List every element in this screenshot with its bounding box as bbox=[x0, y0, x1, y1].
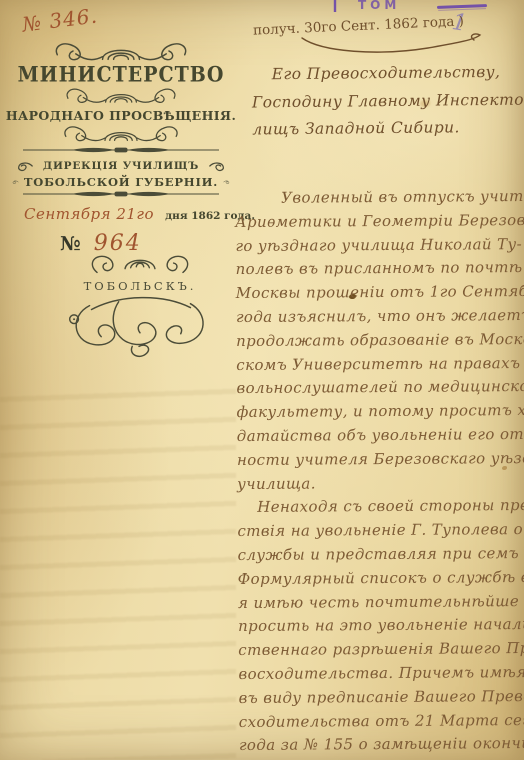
flourish-ornament-icon bbox=[51, 86, 191, 106]
body-line: Ненаходя съ своей стороны препят- bbox=[237, 494, 524, 520]
address-block: Его Превосходительству, Господину Главно… bbox=[252, 59, 524, 144]
document-page: № 346. ТОМ 1 получ. 30го Сент. 1862 года… bbox=[0, 0, 524, 760]
ministry-title: МИНИСТЕРСТВО bbox=[18, 63, 225, 88]
curl-left-icon bbox=[16, 160, 34, 172]
body-line: факультету, и потому проситъ хо- bbox=[237, 399, 524, 425]
flourish-underline-icon bbox=[298, 30, 488, 56]
body-line: вольнослушателей по медицинскому bbox=[236, 375, 524, 401]
stamp-text: ТОМ bbox=[358, 0, 400, 12]
ornamental-rule-icon bbox=[20, 189, 222, 199]
body-line: Ариѳметики и Геометріи Березовска- bbox=[235, 209, 524, 235]
letterhead: МИНИСТЕРСТВО НАРОДНАГО ПРОСВѢЩЕНІЯ. bbox=[12, 40, 230, 199]
flourish-ornament-icon bbox=[46, 40, 196, 64]
body-line: службы и представляя при семъ bbox=[238, 542, 524, 568]
direction-title: ДИРЕКЦІЯ УЧИЛИЩЪ bbox=[43, 160, 199, 172]
curl-right-icon bbox=[223, 176, 230, 188]
body-line: датайства объ увольненіи его отъ долж- bbox=[237, 423, 524, 449]
body-line: восходительства. Причемъ имѣя bbox=[238, 661, 524, 687]
body-line: Формулярный списокъ о службѣ его, bbox=[238, 566, 524, 592]
address-line: Господину Главному Инспектору Учи- bbox=[252, 86, 524, 116]
flourish-left-icon bbox=[12, 64, 13, 86]
body-line: я имѣю честь почтительнѣйше ис- bbox=[238, 590, 524, 616]
flourish-ornament-icon bbox=[61, 123, 181, 145]
body-line: училища. bbox=[237, 471, 524, 497]
body-line: Москвы прошеніи отъ 1го Сентября сего bbox=[236, 280, 524, 306]
ornamental-rule-icon bbox=[20, 145, 222, 155]
bleedthrough-texture bbox=[0, 382, 236, 760]
body-line: сходительства отъ 21 Марта сего bbox=[239, 709, 524, 735]
body-line: ственнаго разрѣшенія Вашего Пре- bbox=[238, 637, 524, 663]
curl-left-icon bbox=[12, 176, 19, 188]
body-line: года изъяснилъ, что онъ желаетъ bbox=[236, 304, 524, 330]
city-name: ТОБОЛЬСКЪ. bbox=[55, 279, 225, 293]
ministry-subtitle: НАРОДНАГО ПРОСВѢЩЕНІЯ. bbox=[6, 108, 236, 123]
curl-right-icon bbox=[208, 160, 226, 172]
purple-mark bbox=[437, 4, 487, 9]
body-line: просить на это увольненіе началь- bbox=[238, 613, 524, 639]
body-line: полевъ въ присланномъ по почтѣ изъ bbox=[236, 256, 524, 282]
body-line: го уѣзднаго училища Николай Ту- bbox=[235, 233, 524, 259]
body-line: въ виду предписаніе Вашего Прево- bbox=[238, 685, 524, 711]
body-line: скомъ Университетѣ на правахъ bbox=[236, 352, 524, 378]
body-line: ности учителя Березовскаго уѣзднаго bbox=[237, 447, 524, 473]
body-line: Уволенный въ отпускъ учитель bbox=[235, 185, 524, 211]
stamp-fragment-icon: ТОМ bbox=[328, 0, 418, 14]
date-handwritten: Сентября 21го bbox=[24, 205, 154, 223]
body-line: ствія на увольненіе Г. Туполева отъ bbox=[237, 518, 524, 544]
cartouche-top-flourish-icon bbox=[80, 250, 200, 278]
flourish-right-icon bbox=[229, 64, 230, 86]
cartouche-bottom-flourish-icon bbox=[60, 294, 220, 358]
letter-body: Уволенный въ отпускъ учитель Ариѳметики … bbox=[235, 185, 524, 758]
date-line: Сентября 21го дня 1862 года. bbox=[24, 204, 224, 223]
registry-number-annotation: № 346. bbox=[21, 3, 99, 36]
body-line: продолжать образованіе въ Москов- bbox=[236, 328, 524, 354]
address-line: Его Превосходительству, bbox=[252, 59, 524, 89]
governorate-title: ТОБОЛЬСКОЙ ГУБЕРНІИ. bbox=[24, 175, 218, 189]
city-cartouche: ТОБОЛЬСКЪ. bbox=[55, 250, 225, 358]
address-line: лищъ Западной Сибири. bbox=[252, 114, 524, 144]
body-line: года за № 155 о замѣщеніи окончившаго bbox=[239, 732, 524, 758]
